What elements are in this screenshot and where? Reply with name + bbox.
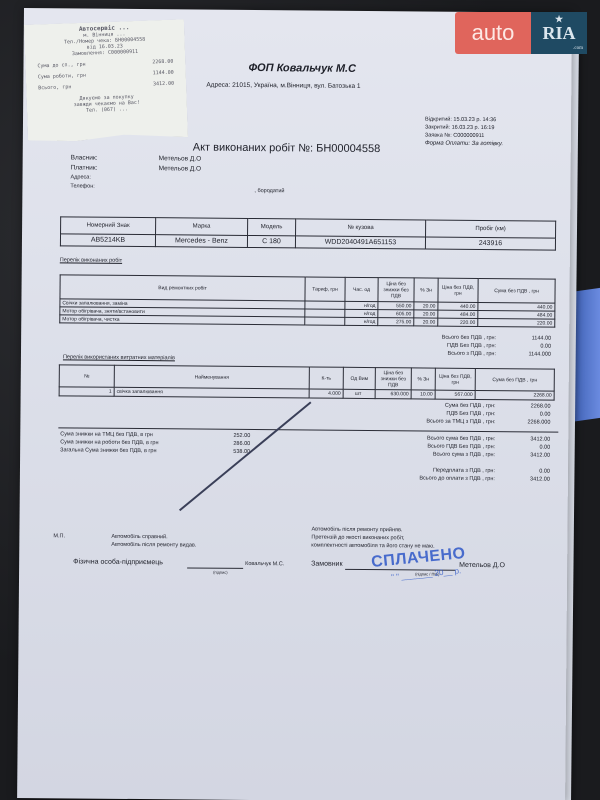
materials-header: % Зн xyxy=(411,368,435,390)
payment-form: Форма Оплати: За готівку. xyxy=(425,140,503,149)
entrepreneur-label: Фізична особа-підприємець xyxy=(73,558,163,566)
phone-value: , бородатий xyxy=(254,188,284,194)
act-title: Акт виконаних робіт №: БН00004558 xyxy=(193,141,381,155)
works-title: Перелік виконаних робіт xyxy=(60,257,122,264)
payment-total-row: Передплата з ПДВ , грн: 0.00 xyxy=(385,467,550,474)
works-header: % Зн xyxy=(414,278,438,302)
materials-header: Од Вим xyxy=(343,367,375,389)
mileage: 243916 xyxy=(425,237,555,250)
materials-header: Сума без ПДВ , грн xyxy=(475,368,554,391)
vehicle-header: № кузова xyxy=(296,219,426,237)
works-total-row: Всього без ПДВ , грн: 1144.00 xyxy=(386,334,551,341)
works-header: Сума без ПДВ , грн xyxy=(478,278,555,303)
car-accepted-text: Автомобіль після ремонту прийняв. xyxy=(311,527,402,534)
discount-row: Загальна Сума знижки без ПДВ, в грн 538.… xyxy=(60,447,250,455)
no-claims-text-1: Претензій до якості виконаних робіт, xyxy=(311,535,404,542)
payment-total-row: Всього до оплати з ПДВ , грн: 3412.00 xyxy=(385,475,550,482)
owner-value: Метельов Д.О xyxy=(159,155,202,162)
pen-signature-stroke xyxy=(179,401,311,511)
company-name: ФОП Ковальчук М.С xyxy=(248,62,356,75)
receipt: Автосервіс ... м. Вінниця ... Тел./Номер… xyxy=(24,19,188,143)
signature-hint: (підпис) xyxy=(213,570,227,575)
grand-total-row: Всього сума з ПДВ , грн: 3412.00 xyxy=(385,451,550,458)
vehicle-header: Марка xyxy=(156,218,248,236)
grand-total-row: Всього сума без ПДВ , грн: 3412.00 xyxy=(385,435,550,442)
payer-value: Метельов Д.О xyxy=(159,165,202,172)
materials-header: Ціна без ПДВ, грн xyxy=(435,368,475,390)
works-header: Ціна без ПДВ, грн xyxy=(438,278,478,302)
works-header: Ціна без знижки без ПДВ xyxy=(378,278,414,302)
receipt-row: Сума до сп., грн 2268.00 xyxy=(31,58,179,69)
materials-title: Перелік використаних витратних матеріалі… xyxy=(63,354,175,361)
materials-total-row: ПДВ Без ПДВ , грн: 0.00 xyxy=(385,410,550,417)
vehicle-model: C 180 xyxy=(247,235,295,247)
car-ok-text: Автомобіль справний. xyxy=(111,534,167,540)
receipt-row: Всього, грн 3412.00 xyxy=(32,80,180,91)
vehicle-header: Пробіг (км) xyxy=(426,220,556,238)
watermark-ria: ★ RIA .com xyxy=(531,12,587,54)
phone-label: Телефон: xyxy=(70,183,94,189)
materials-header: К-ть xyxy=(309,367,343,389)
works-total-row: ПДВ Без ПДВ , грн: 0.00 xyxy=(386,342,551,349)
no-claims-text-2: комплектності автомобіля та його стану н… xyxy=(311,543,434,550)
plate-number: AB5214KB xyxy=(60,234,155,247)
entrepreneur-name: Ковальчук М.С. xyxy=(245,561,284,567)
car-handed-text: Автомобіль після ремонту видав. xyxy=(111,542,196,549)
discount-row: Сума знижки на ТМЦ без ПДВ, в грн 252.00 xyxy=(60,431,250,439)
vehicle-header: Номерний Знак xyxy=(61,217,156,235)
autoria-watermark: auto ★ RIA .com xyxy=(455,12,587,54)
receipt-row: Сума роботи, грн 1144.00 xyxy=(32,69,180,80)
works-table: Вид ремонтних робіт Тариф, грн Час. од Ц… xyxy=(59,274,555,327)
vehicle-header: Модель xyxy=(248,218,296,235)
materials-table: № Найменування К-ть Од Вим Ціна без зниж… xyxy=(59,364,555,400)
works-total-row: Всього з ПДВ , грн: 1144.000 xyxy=(386,350,551,357)
grand-total-row: Всього ПДВ Без ПДВ , грн: 0.00 xyxy=(385,443,550,450)
watermark-auto: auto xyxy=(455,12,531,54)
materials-header: Найменування xyxy=(114,365,309,389)
company-address: Адреса: 21015, Україна, м.Вінниця, вул. … xyxy=(206,82,360,90)
order-meta: Відкритий: 15.03.23 р. 14:36 Закритий: 1… xyxy=(425,116,504,149)
discount-row: Сума знижки на роботи без ПДВ, в грн 286… xyxy=(60,439,250,447)
stamp-place-label: М.П. xyxy=(53,533,65,539)
vin: WDD2040491A651153 xyxy=(295,236,425,249)
materials-header: № xyxy=(59,365,114,387)
owner-label: Власник: xyxy=(71,154,98,161)
vehicle-make: Mercedes - Benz xyxy=(155,235,247,248)
payer-label: Платник: xyxy=(71,164,98,171)
address-label: Адреса: xyxy=(70,174,90,180)
vehicle-table: Номерний Знак Марка Модель № кузова Проб… xyxy=(60,216,556,250)
works-header: Тариф, грн xyxy=(305,277,345,301)
materials-total-row: Сума без ПДВ , грн: 2268.00 xyxy=(386,402,551,409)
works-header: Час. од xyxy=(345,277,378,301)
materials-total-row: Всього за ТМЦ з ПДВ , грн: 2268.000 xyxy=(385,418,550,425)
materials-header: Ціна без знижки без ПДВ xyxy=(375,368,411,390)
customer-label: Замовник xyxy=(311,561,342,568)
works-header: Вид ремонтних робіт xyxy=(60,275,305,301)
star-icon: ★ xyxy=(555,14,563,25)
